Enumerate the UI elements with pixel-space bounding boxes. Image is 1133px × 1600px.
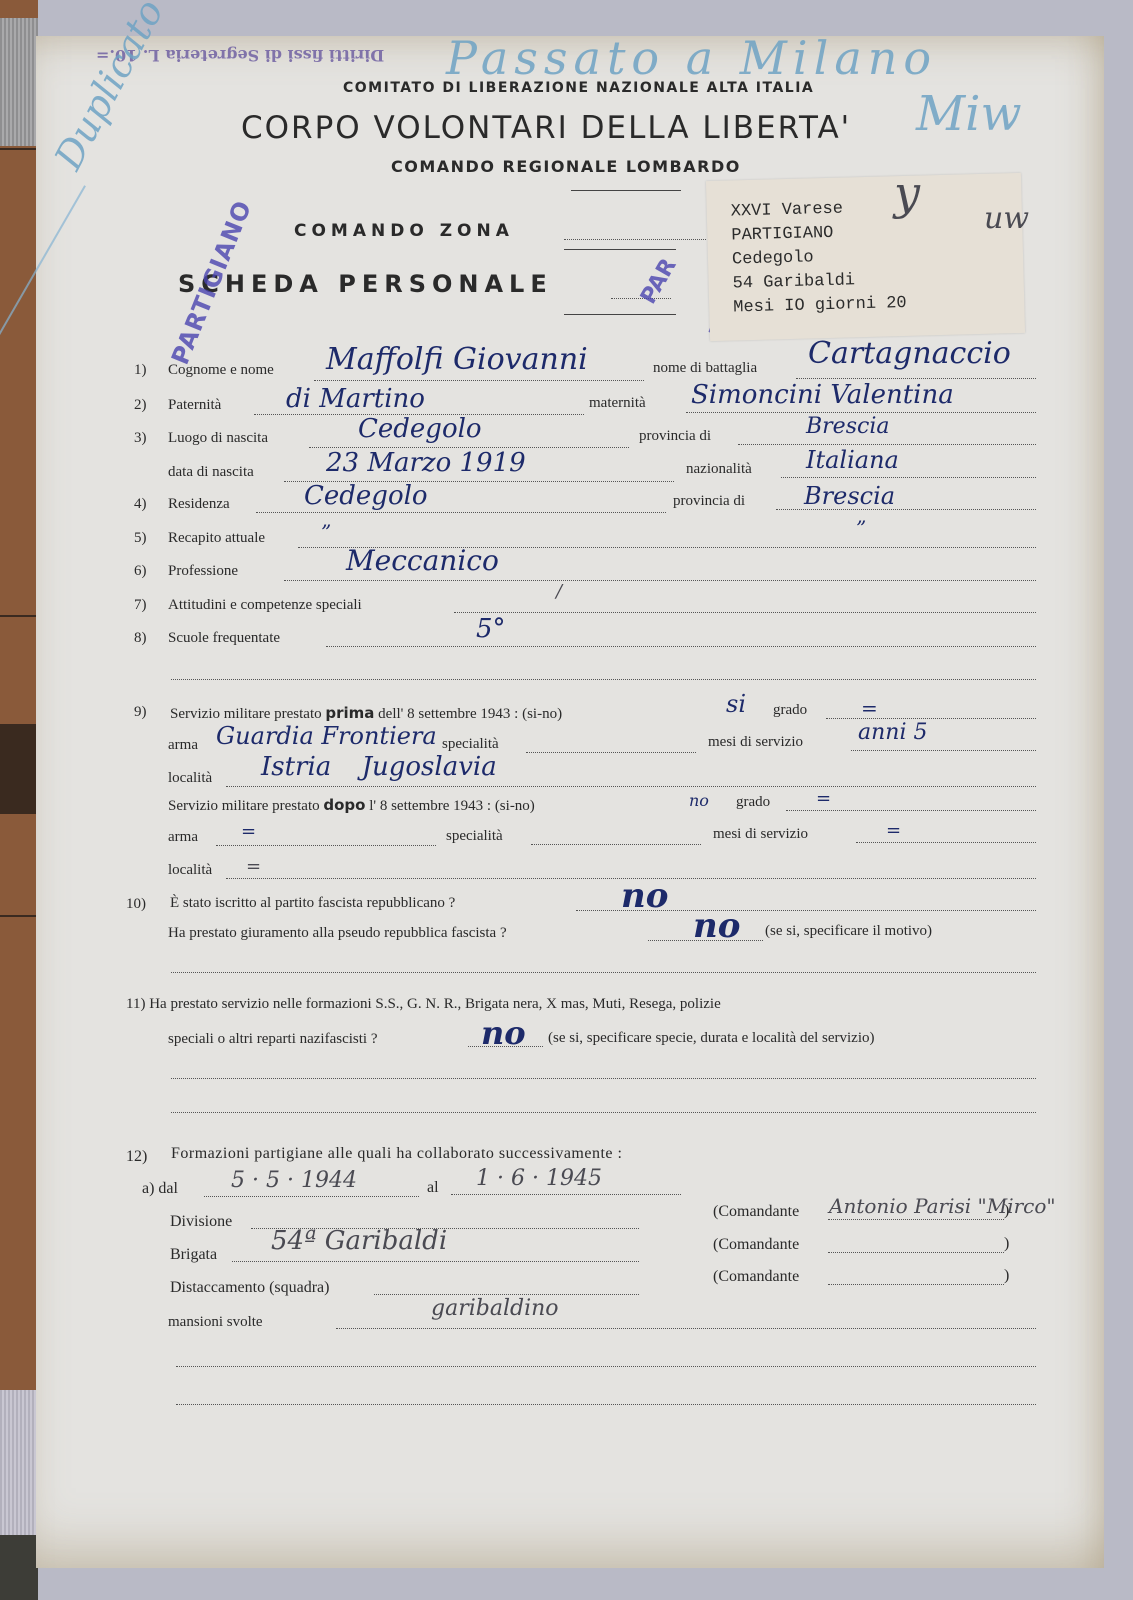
nazifascisti-detail-field-2[interactable]	[171, 1112, 1036, 1113]
field-number: 10)	[126, 896, 146, 913]
arma-dopo-value: =	[241, 821, 256, 842]
binder-dark-band	[0, 726, 38, 814]
attitudini-label: Attitudini e competenze speciali	[168, 597, 362, 614]
nazifascisti-q1: Ha prestato servizio nelle formazioni S.…	[149, 996, 721, 1012]
fascista-answer: no	[621, 876, 668, 916]
maternita-field[interactable]	[686, 412, 1036, 413]
header-rule	[564, 314, 676, 315]
field-number: 8)	[134, 630, 147, 647]
nazifascisti-question-line1: 11) Ha prestato servizio nelle formazion…	[126, 996, 721, 1013]
giuramento-answer: no	[693, 906, 740, 946]
al-label: al	[427, 1179, 439, 1197]
paternita-label: Paternità	[168, 397, 221, 414]
recapito-value-2: ”	[856, 516, 866, 540]
mansioni-field[interactable]	[336, 1328, 1036, 1329]
mesi-servizio-field[interactable]	[851, 750, 1036, 751]
cognome-nome-field[interactable]	[314, 380, 644, 381]
servizio-prima-post: dell' 8 settembre 1943 : (si-no)	[378, 706, 562, 722]
servizio-prima-pre: Servizio militare prestato	[170, 706, 322, 722]
nazionalita-field[interactable]	[781, 477, 1036, 478]
dal-value: 5 · 5 · 1944	[231, 1168, 357, 1193]
servizio-dopo-label: Servizio militare prestato dopo l' 8 set…	[168, 796, 535, 815]
nazionalita-value: Italiana	[806, 446, 899, 474]
mesi-servizio-value: anni 5	[858, 720, 927, 745]
header-rule	[571, 190, 681, 191]
paternita-value: di Martino	[286, 384, 425, 414]
formazioni-title: Formazioni partigiane alle quali ha coll…	[171, 1145, 622, 1163]
provincia-residenza-label: provincia di	[673, 493, 745, 510]
dal-label: a) dal	[142, 1180, 178, 1198]
distaccamento-field[interactable]	[374, 1294, 639, 1295]
top-blue-annotation-2: Miw	[916, 86, 1022, 142]
scuole-value: 5°	[476, 614, 506, 644]
binder-ribbon	[0, 1390, 38, 1540]
header-committee: COMITATO DI LIBERAZIONE NAZIONALE ALTA I…	[343, 80, 814, 96]
brigata-label: Brigata	[170, 1246, 217, 1264]
servizio-dopo-post: l' 8 settembre 1943 : (si-no)	[369, 798, 535, 814]
residenza-value: Cedegolo	[304, 481, 428, 511]
field-number: 12)	[126, 1148, 147, 1166]
fascista-question: È stato iscritto al partito fascista rep…	[170, 895, 455, 912]
specialita-label: specialità	[442, 736, 499, 753]
mesi-servizio-label: mesi di servizio	[708, 734, 803, 751]
localita-label: località	[168, 770, 212, 787]
brigata-value: 54ª Garibaldi	[271, 1226, 447, 1256]
data-nascita-label: data di nascita	[168, 464, 254, 481]
nome-battaglia-value: Cartagnaccio	[808, 336, 1011, 371]
nome-battaglia-field[interactable]	[796, 378, 1036, 379]
scheda-personale-title: SCHEDA PERSONALE	[178, 270, 553, 298]
top-blue-annotation: Passato a Milano	[446, 31, 937, 85]
header-regional: COMANDO REGIONALE LOMBARDO	[391, 157, 741, 176]
grado-dopo-label: grado	[736, 794, 770, 811]
binder-spine	[0, 0, 38, 1600]
servizio-dopo-si-no-value: no	[689, 791, 709, 810]
grado-value: =	[861, 696, 878, 720]
divisione-label: Divisione	[170, 1213, 232, 1231]
data-nascita-value: 23 Marzo 1919	[326, 448, 526, 478]
comandante-label-3: (Comandante	[713, 1268, 799, 1286]
recapito-value: ”	[321, 520, 331, 544]
arma-value: Guardia Frontiera	[216, 722, 437, 750]
localita-value: Istria Jugoslavia	[261, 752, 497, 782]
pencil-annotation: y	[894, 166, 920, 220]
brigata-field[interactable]	[232, 1261, 639, 1262]
giuramento-question: Ha prestato giuramento alla pseudo repub…	[168, 925, 507, 942]
field-number: 4)	[134, 496, 147, 513]
field-number: 3)	[134, 430, 147, 447]
comandante-label-1: (Comandante	[713, 1203, 799, 1221]
specialita-dopo-field[interactable]	[531, 844, 701, 845]
scuole-field[interactable]	[326, 646, 1036, 647]
document-page: Diritti fissi di Segreteria L. 10.= Dupl…	[36, 36, 1104, 1568]
field-number: 6)	[134, 563, 147, 580]
attitudini-value: /	[556, 581, 562, 602]
mesi-dopo-field[interactable]	[856, 842, 1036, 843]
professione-field[interactable]	[284, 580, 1036, 581]
provincia-nascita-value: Brescia	[806, 414, 889, 439]
al-value: 1 · 6 · 1945	[476, 1166, 602, 1191]
specialita-dopo-label: specialità	[446, 828, 503, 845]
nazifascisti-note: (se si, specificare specie, durata e loc…	[548, 1030, 875, 1047]
recapito-label: Recapito attuale	[168, 530, 265, 547]
mansioni-field-2[interactable]	[176, 1366, 1036, 1367]
maternita-label: maternità	[589, 395, 646, 412]
scuole-field-extra[interactable]	[171, 679, 1036, 680]
luogo-nascita-value: Cedegolo	[358, 414, 482, 444]
field-number: 11)	[126, 996, 145, 1012]
localita-dopo-value: =	[246, 856, 261, 877]
binder-divider	[0, 915, 38, 917]
comandante-paren-2: )	[1004, 1235, 1009, 1253]
grado-label: grado	[773, 702, 807, 719]
prima-bold: prima	[325, 704, 374, 722]
mesi-dopo-label: mesi di servizio	[713, 826, 808, 843]
attitudini-field[interactable]	[454, 612, 1036, 613]
duplicato-annotation: Duplicato	[46, 0, 172, 177]
field-number: 5)	[134, 530, 147, 547]
provincia-nascita-label: provincia di	[639, 428, 711, 445]
dal-field[interactable]	[204, 1196, 419, 1197]
specialita-field[interactable]	[526, 752, 696, 753]
grado-dopo-value: =	[816, 788, 831, 809]
binder-ribbon	[0, 18, 38, 146]
cognome-nome-value: Maffolfi Giovanni	[326, 342, 588, 377]
field-number: 1)	[134, 362, 147, 379]
maternita-value: Simoncini Valentina	[691, 380, 954, 410]
professione-value: Meccanico	[346, 544, 499, 577]
comandante-field-2[interactable]	[828, 1252, 1004, 1253]
field-number: 9)	[134, 704, 147, 721]
giuramento-note: (se si, specificare il motivo)	[765, 923, 932, 940]
binder-divider	[0, 148, 38, 150]
header-rule	[564, 249, 676, 250]
servizio-prima-label: Servizio militare prestato prima dell' 8…	[170, 704, 562, 723]
nazifascisti-question-line2: speciali o altri reparti nazifascisti ?	[168, 1031, 378, 1048]
nazifascisti-detail-field[interactable]	[171, 1078, 1036, 1079]
comandante-label-2: (Comandante	[713, 1236, 799, 1254]
localita-dopo-label: località	[168, 862, 212, 879]
comandante-value-1: Antonio Parisi "Mirco"	[829, 1194, 1056, 1218]
typed-line: Mesi IO giorni 20	[733, 292, 907, 321]
servizio-prima-si-no-value: si	[726, 690, 746, 718]
nazifascisti-answer: no	[481, 1014, 526, 1052]
luogo-nascita-label: Luogo di nascita	[168, 430, 268, 447]
scuole-label: Scuole frequentate	[168, 630, 280, 647]
professione-label: Professione	[168, 563, 238, 580]
localita-field[interactable]	[226, 786, 1036, 787]
binder-bottom	[0, 1535, 38, 1600]
comandante-field-1[interactable]	[828, 1219, 1004, 1220]
header-title: CORPO VOLONTARI DELLA LIBERTA'	[241, 110, 851, 146]
comando-zona-label: COMANDO ZONA	[294, 221, 514, 241]
distaccamento-label: Distaccamento (squadra)	[170, 1279, 329, 1297]
pencil-annotation-right: uw	[984, 201, 1029, 236]
mesi-dopo-value: =	[886, 820, 901, 841]
residenza-label: Residenza	[168, 496, 230, 513]
field-number: 7)	[134, 597, 147, 614]
mansioni-field-3[interactable]	[176, 1404, 1036, 1405]
mansioni-label: mansioni svolte	[168, 1314, 263, 1331]
field-number: 2)	[134, 397, 147, 414]
partigiano-stamp-partial: PAR	[636, 254, 682, 308]
provincia-nascita-field[interactable]	[738, 444, 1036, 445]
servizio-dopo-pre: Servizio militare prestato	[168, 798, 320, 814]
typed-label: XXVI Varese PARTIGIANO Cedegolo 54 Garib…	[706, 173, 1025, 341]
giuramento-motivo-field[interactable]	[171, 972, 1036, 973]
comandante-paren-3: )	[1004, 1267, 1009, 1285]
comandante-field-3[interactable]	[828, 1284, 1004, 1285]
arma-dopo-label: arma	[168, 829, 198, 846]
arma-dopo-field[interactable]	[216, 845, 436, 846]
arma-label: arma	[168, 737, 198, 754]
comando-zona-field[interactable]	[564, 239, 706, 240]
nome-battaglia-label: nome di battaglia	[653, 360, 757, 377]
provincia-residenza-value: Brescia	[804, 482, 895, 510]
nazionalita-label: nazionalità	[686, 461, 752, 478]
grado-dopo-field[interactable]	[786, 810, 1036, 811]
al-field[interactable]	[451, 1194, 681, 1195]
residenza-field[interactable]	[256, 512, 666, 513]
dopo-bold: dopo	[323, 796, 365, 814]
grado-field[interactable]	[826, 718, 1036, 719]
mansioni-value: garibaldino	[431, 1296, 559, 1321]
binder-divider	[0, 615, 38, 617]
cognome-nome-label: Cognome e nome	[168, 362, 274, 379]
